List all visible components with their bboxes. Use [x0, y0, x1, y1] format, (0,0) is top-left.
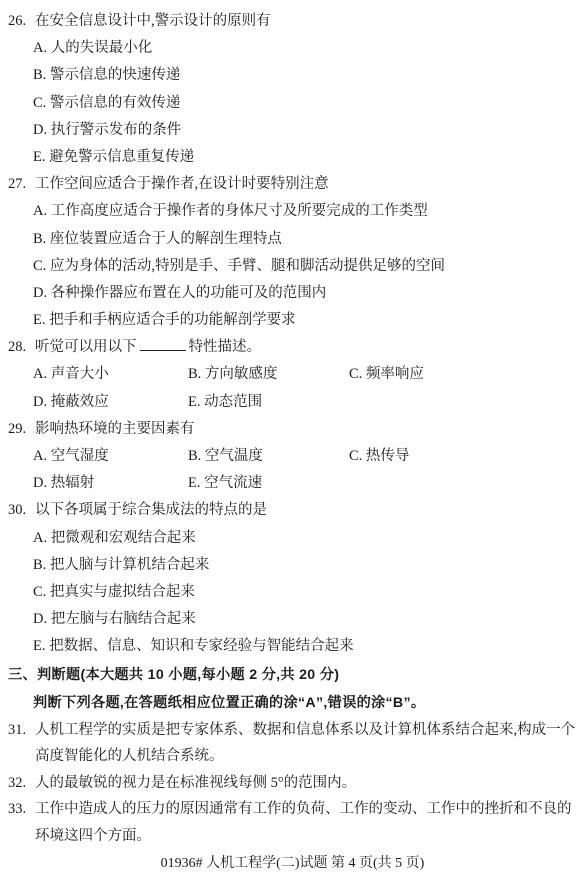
- page-footer: 01936# 人机工程学(二)试题 第 4 页(共 5 页): [8, 851, 577, 877]
- question-30: 30.以下各项属于综合集成法的特点的是 A. 把微观和宏观结合起来 B. 把人脑…: [8, 497, 577, 660]
- question-stem: 在安全信息设计中,警示设计的原则有: [35, 13, 271, 29]
- option-a: A. 把微观和宏观结合起来: [8, 525, 577, 552]
- question-stem-post: 特性描述。: [189, 339, 262, 355]
- question-number: 33.: [8, 796, 35, 823]
- question-number: 31.: [8, 717, 35, 744]
- option-e: E. 把数据、信息、知识和专家经验与智能结合起来: [8, 633, 577, 660]
- option-b: B. 方向敏感度: [188, 361, 349, 388]
- option-d: D. 把左脑与右脑结合起来: [8, 606, 577, 633]
- judgement-item-32: 32.人的最敏锐的视力是在标准视线每侧 5°的范围内。: [8, 770, 577, 797]
- option-e: E. 把手和手柄应适合手的功能解剖学要求: [8, 307, 577, 334]
- option-c: C. 热传导: [349, 443, 409, 470]
- option-e: E. 避免警示信息重复传递: [8, 144, 577, 171]
- judgement-item-33: 33.工作中造成人的压力的原因通常有工作的负荷、工作的变动、工作中的挫折和不良的…: [8, 796, 577, 849]
- question-number: 32.: [8, 770, 35, 797]
- question-stem: 工作空间应适合于操作者,在设计时要特别注意: [35, 176, 329, 192]
- option-b: B. 空气温度: [188, 443, 349, 470]
- question-26: 26.在安全信息设计中,警示设计的原则有 A. 人的失误最小化 B. 警示信息的…: [8, 8, 577, 171]
- question-number: 29.: [8, 416, 35, 443]
- judgement-text: 人机工程学的实质是把专家体系、数据和信息体系以及计算机体系结合起来,构成一个高度…: [35, 722, 575, 765]
- judgement-item-31: 31.人机工程学的实质是把专家体系、数据和信息体系以及计算机体系结合起来,构成一…: [8, 717, 577, 770]
- section-heading: 三、判断题(本大题共 10 小题,每小题 2 分,共 20 分): [8, 661, 577, 689]
- question-stem-line: 28.听觉可以用以下特性描述。: [8, 334, 577, 361]
- question-stem-line: 26.在安全信息设计中,警示设计的原则有: [8, 8, 577, 35]
- section-judgement: 三、判断题(本大题共 10 小题,每小题 2 分,共 20 分) 判断下列各题,…: [8, 661, 577, 850]
- option-c: C. 应为身体的活动,特别是手、手臂、腿和脚活动提供足够的空间: [8, 253, 577, 280]
- option-row: A. 空气湿度B. 空气温度C. 热传导: [8, 443, 577, 470]
- option-e: E. 动态范围: [188, 389, 349, 416]
- option-c: C. 频率响应: [349, 361, 424, 388]
- judgement-text: 人的最敏锐的视力是在标准视线每侧 5°的范围内。: [35, 775, 356, 791]
- option-b: B. 把人脑与计算机结合起来: [8, 552, 577, 579]
- question-number: 28.: [8, 334, 35, 361]
- option-row: D. 热辐射E. 空气流速: [8, 470, 577, 497]
- option-row: D. 掩蔽效应E. 动态范围: [8, 389, 577, 416]
- option-b: B. 座位装置应适合于人的解剖生理特点: [8, 226, 577, 253]
- judgement-text: 工作中造成人的压力的原因通常有工作的负荷、工作的变动、工作中的挫折和不良的环境这…: [35, 801, 572, 844]
- question-stem-line: 27.工作空间应适合于操作者,在设计时要特别注意: [8, 171, 577, 198]
- question-number: 26.: [8, 8, 35, 35]
- question-28: 28.听觉可以用以下特性描述。 A. 声音大小B. 方向敏感度C. 频率响应 D…: [8, 334, 577, 416]
- question-stem: 影响热环境的主要因素有: [35, 421, 195, 437]
- question-number: 27.: [8, 171, 35, 198]
- option-d: D. 掩蔽效应: [33, 389, 188, 416]
- question-27: 27.工作空间应适合于操作者,在设计时要特别注意 A. 工作高度应适合于操作者的…: [8, 171, 577, 334]
- option-c: C. 把真实与虚拟结合起来: [8, 579, 577, 606]
- option-c: C. 警示信息的有效传递: [8, 90, 577, 117]
- question-stem-line: 30.以下各项属于综合集成法的特点的是: [8, 497, 577, 524]
- option-d: D. 执行警示发布的条件: [8, 117, 577, 144]
- question-number: 30.: [8, 497, 35, 524]
- question-stem-line: 29.影响热环境的主要因素有: [8, 416, 577, 443]
- blank-underline: [140, 336, 186, 351]
- option-b: B. 警示信息的快速传递: [8, 62, 577, 89]
- question-stem: 以下各项属于综合集成法的特点的是: [35, 502, 267, 518]
- option-e: E. 空气流速: [188, 470, 349, 497]
- option-a: A. 声音大小: [33, 361, 188, 388]
- option-d: D. 热辐射: [33, 470, 188, 497]
- option-row: A. 声音大小B. 方向敏感度C. 频率响应: [8, 361, 577, 388]
- option-a: A. 人的失误最小化: [8, 35, 577, 62]
- question-29: 29.影响热环境的主要因素有 A. 空气湿度B. 空气温度C. 热传导 D. 热…: [8, 416, 577, 498]
- option-a: A. 空气湿度: [33, 443, 188, 470]
- question-stem-pre: 听觉可以用以下: [35, 339, 137, 355]
- option-a: A. 工作高度应适合于操作者的身体尺寸及所要完成的工作类型: [8, 198, 577, 225]
- exam-page: 26.在安全信息设计中,警示设计的原则有 A. 人的失误最小化 B. 警示信息的…: [0, 0, 585, 885]
- option-d: D. 各种操作器应布置在人的功能可及的范围内: [8, 280, 577, 307]
- section-instruction: 判断下列各题,在答题纸相应位置正确的涂“A”,错误的涂“B”。: [8, 689, 577, 717]
